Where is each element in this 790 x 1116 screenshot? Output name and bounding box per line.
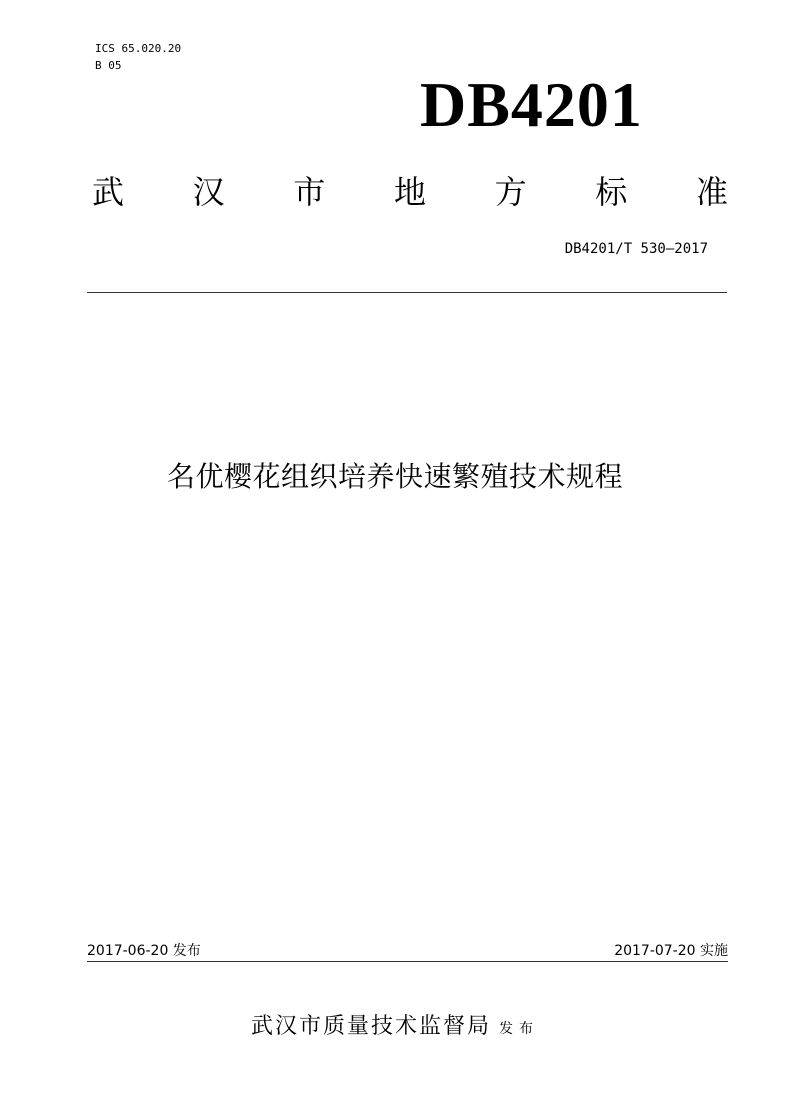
heading-char: 市 bbox=[293, 172, 325, 212]
publisher-line: 武汉市质量技术监督局发布 bbox=[0, 1012, 790, 1044]
standard-number: DB4201/T 530—2017 bbox=[565, 241, 708, 257]
standard-logo: DB4201 bbox=[420, 70, 643, 140]
heading-char: 标 bbox=[595, 172, 627, 212]
issue-date: 2017-06-20 发布 bbox=[87, 940, 201, 960]
ccs-code: B 05 bbox=[95, 57, 181, 74]
implementation-date: 2017-07-20 实施 bbox=[614, 940, 728, 960]
heading-char: 武 bbox=[92, 172, 124, 212]
bottom-divider bbox=[87, 961, 728, 962]
ics-code: ICS 65.020.20 bbox=[95, 40, 181, 57]
standard-type-heading: 武 汉 市 地 方 标 准 bbox=[92, 172, 728, 212]
document-title: 名优樱花组织培养快速繁殖技术规程 bbox=[0, 457, 790, 497]
heading-char: 地 bbox=[394, 172, 426, 212]
top-divider bbox=[87, 292, 727, 293]
classification-codes: ICS 65.020.20 B 05 bbox=[95, 40, 181, 74]
heading-char: 汉 bbox=[193, 172, 225, 212]
publisher-name: 武汉市质量技术监督局 bbox=[251, 1014, 491, 1039]
heading-char: 方 bbox=[495, 172, 527, 212]
heading-char: 准 bbox=[696, 172, 728, 212]
publisher-suffix: 发布 bbox=[499, 1021, 539, 1037]
